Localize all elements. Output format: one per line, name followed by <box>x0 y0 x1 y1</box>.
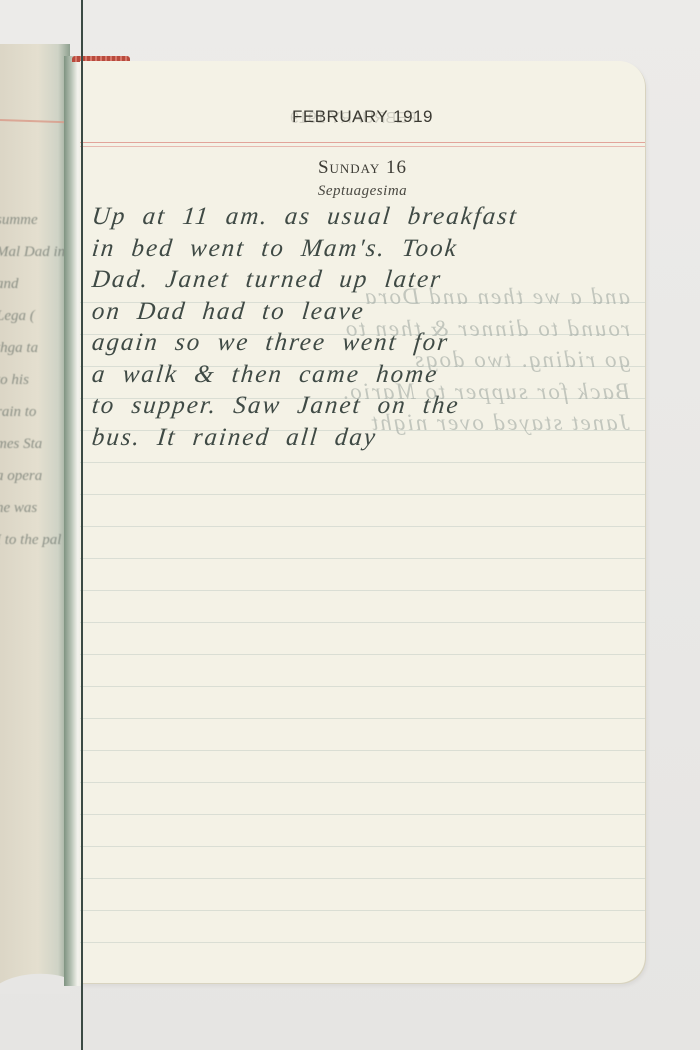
left-page-red-rule <box>0 119 70 124</box>
facing-fragment: I to the pal <box>0 524 66 556</box>
entry-line: bus. It rained all day <box>90 422 641 454</box>
header-red-rule <box>80 142 645 147</box>
facing-fragment: and <box>0 268 66 300</box>
facing-page-handwriting: summe Mal Dad in and Lega ( thga ta to h… <box>0 204 66 556</box>
left-page-curl <box>0 971 70 994</box>
entry-line: in bed went to Mam's. Took <box>90 233 641 265</box>
entry-line: Up at 11 am. as usual breakfast <box>90 201 641 233</box>
facing-fragment: thga ta <box>0 332 66 364</box>
month-header: FEBRUARY 1919 <box>80 107 645 127</box>
facing-left-page: summe Mal Dad in and Lega ( thga ta to h… <box>0 44 70 994</box>
entry-line: again so we three went for <box>90 327 641 359</box>
facing-fragment: summe <box>0 204 66 236</box>
day-header: Sunday 16 <box>80 157 645 179</box>
entry-line: Dad. Janet turned up later <box>90 264 641 296</box>
scan-guide-line <box>81 0 83 1050</box>
entry-line: on Dad had to leave <box>90 296 641 328</box>
diary-entry: Up at 11 am. as usual breakfast in bed w… <box>92 201 640 453</box>
diary-page: FEBRUARY 1919 FEBRUARY 1919 Sunday 16 Se… <box>80 61 645 983</box>
facing-fragment: Mal Dad in <box>0 236 66 268</box>
day-subtitle: Septuagesima <box>80 183 645 200</box>
facing-fragment: a opera <box>0 460 66 492</box>
facing-fragment: rain to <box>0 396 66 428</box>
entry-line: to supper. Saw Janet on the <box>90 390 641 422</box>
entry-line: a walk & then came home <box>90 359 641 391</box>
facing-fragment: to his <box>0 364 66 396</box>
facing-fragment: he was <box>0 492 66 524</box>
facing-fragment: Lega ( <box>0 300 66 332</box>
facing-fragment: mes Sta <box>0 428 66 460</box>
